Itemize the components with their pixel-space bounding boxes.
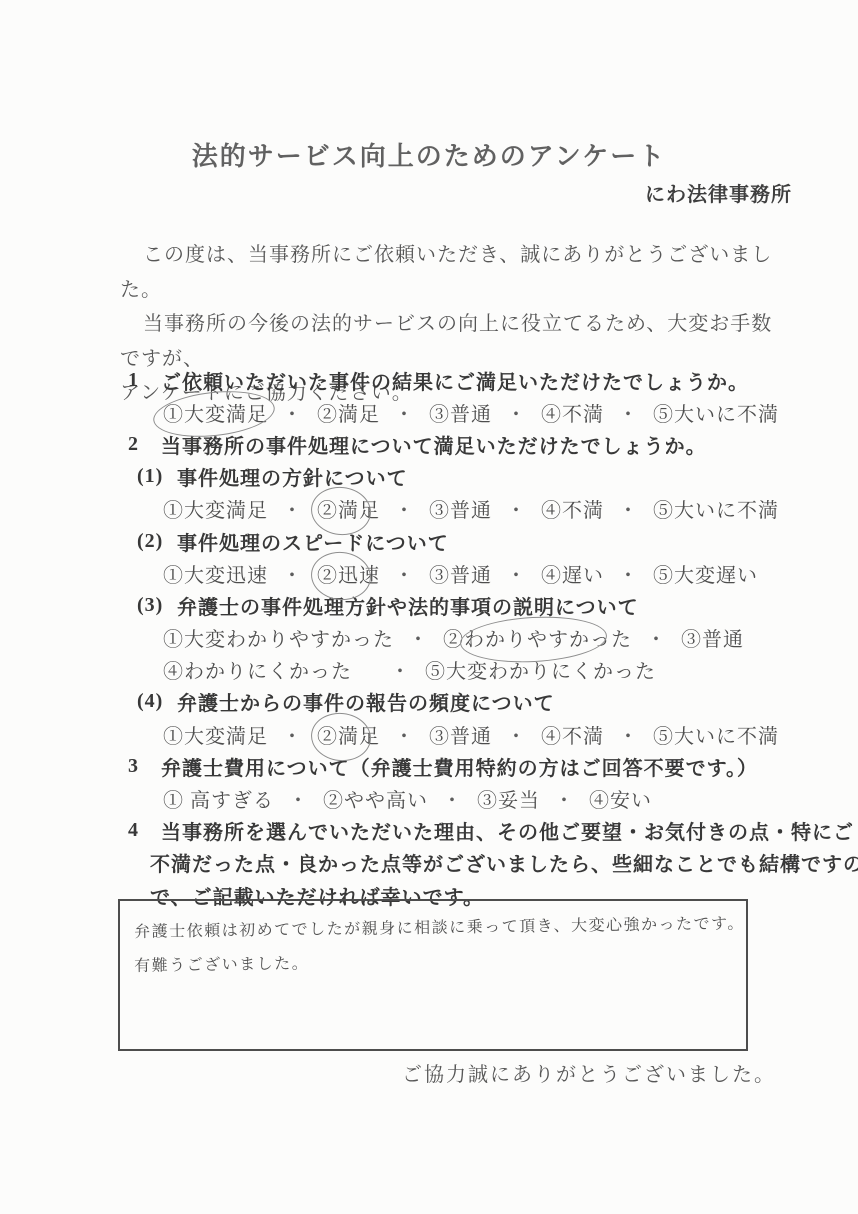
question-1-heading: 1 ご依頼いただいた事件の結果にご満足いただけたでしょうか。 — [128, 364, 818, 396]
question-1-label: ご依頼いただいた事件の結果にご満足いただけたでしょうか。 — [161, 366, 749, 395]
option-circled: ①大変満足 — [163, 398, 268, 427]
option-circled: ②満足 — [317, 720, 380, 749]
question-2-2-options: ①大変迅速 ・ ②迅速 ・ ③普通 ・ ④遅い ・ ⑤大変遅い — [163, 557, 818, 589]
option-separator: ・ — [288, 784, 309, 813]
handwritten-comment-line-2: 有難うございました。 — [134, 940, 746, 983]
question-2-3-options-row1: ①大変わかりやすかった ・ ②わかりやすかった ・ ③普通 — [163, 622, 818, 654]
option: ③妥当 — [477, 784, 540, 813]
option: ③普通 — [681, 623, 744, 652]
option: ①大変わかりやすかった — [163, 623, 394, 652]
question-2-2-label: 事件処理のスピードについて — [177, 527, 449, 556]
option: ⑤大いに不満 — [653, 494, 779, 523]
option: ④不満 — [541, 494, 604, 523]
option-separator: ・ — [282, 720, 303, 749]
option: ①大変満足 — [163, 494, 268, 523]
option: ②やや高い — [323, 784, 428, 813]
question-3-options: ① 高すぎる ・ ②やや高い ・ ③妥当 ・ ④安い — [163, 782, 818, 814]
question-4-heading: 4 当事務所を選んでいただいた理由、その他ご要望・お気付きの点・特にご — [128, 815, 818, 847]
option-separator: ・ — [390, 655, 411, 684]
question-2-3-number: (3) — [137, 594, 177, 617]
option-separator: ・ — [506, 720, 527, 749]
option-separator: ・ — [506, 494, 527, 523]
question-4-number: 4 — [128, 819, 161, 842]
option-separator: ・ — [618, 398, 639, 427]
option-separator: ・ — [618, 559, 639, 588]
question-3-heading: 3 弁護士費用について（弁護士費用特約の方はご回答不要です。） — [128, 750, 818, 782]
option-separator: ・ — [282, 494, 303, 523]
question-2-4-label: 弁護士からの事件の報告の頻度について — [177, 687, 555, 716]
page-title: 法的サービス向上のためのアンケート — [0, 136, 858, 173]
question-2-3-options-row2: ④わかりにくかった ・ ⑤大変わかりにくかった — [163, 654, 818, 686]
option: ⑤大変遅い — [653, 559, 758, 588]
option-separator: ・ — [506, 559, 527, 588]
option: ②満足 — [317, 398, 380, 427]
option-circled: ②わかりやすかった — [443, 623, 632, 652]
option-circled: ②迅速 — [317, 559, 380, 588]
question-2-1-label: 事件処理の方針について — [177, 462, 408, 491]
intro-line-1: この度は、当事務所にご依頼いただき、誠にありがとうございました。 — [120, 238, 792, 307]
option-separator: ・ — [646, 623, 667, 652]
scanned-survey-page: 法的サービス向上のためのアンケート にわ法律事務所 この度は、当事務所にご依頼い… — [0, 0, 858, 1214]
option: ① 高すぎる — [163, 784, 274, 813]
option: ④不満 — [541, 720, 604, 749]
option-separator: ・ — [394, 494, 415, 523]
option: ①大変迅速 — [163, 559, 268, 588]
option: ⑤大変わかりにくかった — [425, 655, 656, 684]
option-separator: ・ — [282, 398, 303, 427]
option: ①大変満足 — [163, 720, 268, 749]
option: ④不満 — [541, 398, 604, 427]
option-separator: ・ — [442, 784, 463, 813]
closing-message: ご協力誠にありがとうございました。 — [402, 1058, 776, 1087]
question-3-number: 3 — [128, 755, 161, 778]
option-separator: ・ — [506, 398, 527, 427]
question-2-1-options: ①大変満足 ・ ②満足 ・ ③普通 ・ ④不満 ・ ⑤大いに不満 — [163, 493, 818, 525]
question-4-label-line-2: 不満だった点・良かった点等がございましたら、些細なことでも結構ですの — [150, 847, 818, 879]
option: ④わかりにくかった — [163, 655, 352, 684]
option-separator: ・ — [554, 784, 575, 813]
question-2-1-number: (1) — [137, 465, 177, 488]
option-separator: ・ — [394, 398, 415, 427]
option-separator: ・ — [618, 494, 639, 523]
question-2-label: 当事務所の事件処理について満足いただけたでしょうか。 — [161, 430, 707, 459]
question-2-3-heading: (3) 弁護士の事件処理方針や法的事項の説明について — [128, 589, 818, 621]
option: ③普通 — [429, 720, 492, 749]
question-2-4-number: (4) — [137, 690, 177, 713]
option-separator: ・ — [618, 720, 639, 749]
option: ③普通 — [429, 494, 492, 523]
question-3-label: 弁護士費用について（弁護士費用特約の方はご回答不要です。） — [161, 752, 758, 781]
option: ④安い — [589, 784, 652, 813]
question-2-2-heading: (2) 事件処理のスピードについて — [128, 525, 818, 557]
option: ④遅い — [541, 559, 604, 588]
option: ⑤大いに不満 — [653, 720, 779, 749]
question-2-1-heading: (1) 事件処理の方針について — [128, 461, 818, 493]
question-2-3-label: 弁護士の事件処理方針や法的事項の説明について — [177, 591, 639, 620]
option: ⑤大いに不満 — [653, 398, 779, 427]
comment-box: 弁護士依頼は初めてでしたが親身に相談に乗って頂き、大変心強かったです。 有難うご… — [118, 899, 748, 1051]
option-separator: ・ — [394, 559, 415, 588]
question-2-4-options: ①大変満足 ・ ②満足 ・ ③普通 ・ ④不満 ・ ⑤大いに不満 — [163, 718, 818, 750]
option-separator: ・ — [282, 559, 303, 588]
questionnaire-body: 1 ご依頼いただいた事件の結果にご満足いただけたでしょうか。 ①大変満足 ・ ②… — [128, 364, 818, 911]
question-1-number: 1 — [128, 369, 161, 392]
option: ③普通 — [429, 398, 492, 427]
question-2-number: 2 — [128, 433, 161, 456]
question-2-2-number: (2) — [137, 530, 177, 553]
option-separator: ・ — [408, 623, 429, 652]
option-separator: ・ — [394, 720, 415, 749]
question-2-heading: 2 当事務所の事件処理について満足いただけたでしょうか。 — [128, 428, 818, 460]
option-circled: ②満足 — [317, 494, 380, 523]
question-4-label-line-1: 当事務所を選んでいただいた理由、その他ご要望・お気付きの点・特にご — [161, 816, 854, 845]
question-2-4-heading: (4) 弁護士からの事件の報告の頻度について — [128, 686, 818, 718]
office-name: にわ法律事務所 — [645, 178, 792, 207]
question-1-options: ①大変満足 ・ ②満足 ・ ③普通 ・ ④不満 ・ ⑤大いに不満 — [163, 396, 818, 428]
option: ③普通 — [429, 559, 492, 588]
